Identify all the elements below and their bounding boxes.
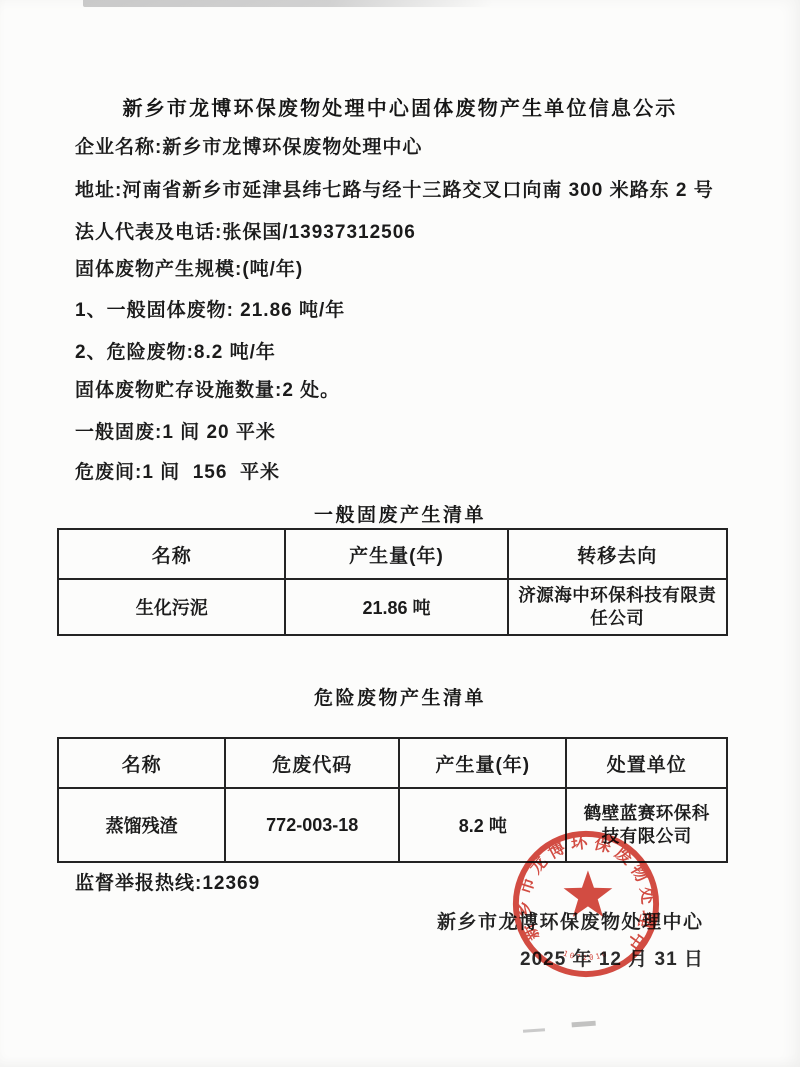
info-line-company-name: 企业名称:新乡市龙博环保废物处理中心 xyxy=(75,137,422,159)
hazardous-cell-disposal-unit: 鹤壁蓝赛环保科技有限公司 xyxy=(566,788,727,862)
general-col-amount: 产生量(年) xyxy=(285,529,507,579)
general-table-header-row: 名称 产生量(年) 转移去向 xyxy=(58,529,727,579)
general-waste-table: 名称 产生量(年) 转移去向 生化污泥 21.86 吨 济源海中环保科技有限责任… xyxy=(57,528,728,636)
page-title: 新乡市龙博环保废物处理中心固体废物产生单位信息公示 xyxy=(0,92,800,121)
hazardous-col-name: 名称 xyxy=(58,738,225,788)
info-line-hazardous-storage-room: 危废间:1 间 156 平米 xyxy=(75,462,280,484)
table-row: 生化污泥 21.86 吨 济源海中环保科技有限责任公司 xyxy=(58,579,727,635)
hazardous-waste-table: 名称 危废代码 产生量(年) 处置单位 蒸馏残渣 772-003-18 8.2 … xyxy=(57,737,728,863)
info-line-waste-scale: 固体废物产生规模:(吨/年) xyxy=(75,259,303,281)
info-line-legal-rep-phone: 法人代表及电话:张保国/13937312506 xyxy=(75,222,416,244)
general-cell-destination: 济源海中环保科技有限责任公司 xyxy=(508,579,727,635)
info-line-storage-facilities: 固体废物贮存设施数量:2 处。 xyxy=(75,380,340,402)
general-cell-name: 生化污泥 xyxy=(58,579,285,635)
hazardous-waste-table-title: 危险废物产生清单 xyxy=(0,683,800,710)
info-line-hazardous-waste: 2、危险废物:8.2 吨/年 xyxy=(75,342,276,364)
signature-company-name: 新乡市龙博环保废物处理中心 xyxy=(437,907,704,934)
hazardous-table-header-row: 名称 危废代码 产生量(年) 处置单位 xyxy=(58,738,727,788)
hotline-text: 监督举报热线:12369 xyxy=(75,868,260,895)
general-col-destination: 转移去向 xyxy=(508,529,727,579)
signature-date: 2025 年 12 月 31 日 xyxy=(520,944,704,971)
hazardous-cell-name: 蒸馏残渣 xyxy=(58,788,225,862)
general-cell-amount: 21.86 吨 xyxy=(285,579,507,635)
info-line-address: 地址:河南省新乡市延津县纬七路与经十三路交叉口向南 300 米路东 2 号 xyxy=(75,180,714,202)
general-waste-table-title: 一般固废产生清单 xyxy=(0,500,800,527)
scan-artifact-top xyxy=(83,0,493,7)
table-row: 蒸馏残渣 772-003-18 8.2 吨 鹤壁蓝赛环保科技有限公司 xyxy=(58,788,727,862)
hazardous-cell-amount: 8.2 吨 xyxy=(399,788,566,862)
general-col-name: 名称 xyxy=(58,529,285,579)
document-page: 新乡市龙博环保废物处理中心固体废物产生单位信息公示 企业名称:新乡市龙博环保废物… xyxy=(0,0,800,1067)
hazardous-col-code: 危废代码 xyxy=(225,738,399,788)
info-line-general-storage-room: 一般固废:1 间 20 平米 xyxy=(75,422,276,444)
info-line-general-waste: 1、一般固体废物: 21.86 吨/年 xyxy=(75,300,345,322)
hazardous-col-amount: 产生量(年) xyxy=(399,738,566,788)
hazardous-col-disposal-unit: 处置单位 xyxy=(566,738,727,788)
hazardous-cell-code: 772-003-18 xyxy=(225,788,399,862)
scan-artifact-bottom xyxy=(523,1028,545,1033)
